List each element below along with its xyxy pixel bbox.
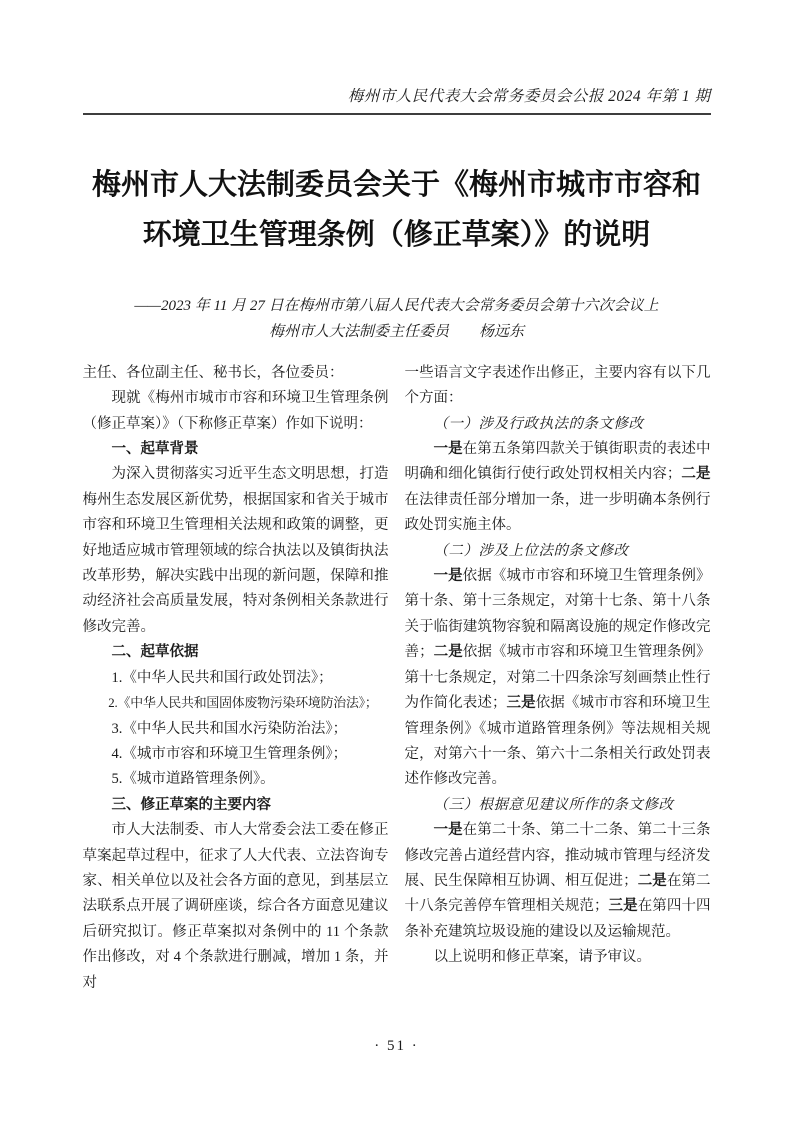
sub-heading: （一）涉及行政执法的条文修改 xyxy=(405,412,711,437)
paragraph: 为深入贯彻落实习近平生态文明思想，打造梅州生态发展区新优势，根据国家和省关于城市… xyxy=(83,462,389,640)
section-heading: 一、起草背景 xyxy=(83,437,389,462)
text-run: 主任、各位副主任、秘书长，各位委员： xyxy=(83,365,344,381)
bold-lead-in: 二是 xyxy=(434,644,463,660)
text-run: 2.《中华人民共和国固体废物污染环境防治法》； xyxy=(108,696,377,710)
paragraph: 一是依据《城市市容和环境卫生管理条例》第十条、第十三条规定，对第十七条、第十八条… xyxy=(405,564,711,793)
text-run: （三）根据意见建议所作的条文修改 xyxy=(434,797,674,813)
paragraph: 市人大法制委、市人大常委会法工委在修正草案起草过程中，征求了人大代表、立法咨询专… xyxy=(83,818,389,996)
text-run: 二、起草依据 xyxy=(112,644,199,660)
journal-header: 梅州市人民代表大会常务委员会公报 2024 年第 1 期 xyxy=(83,0,711,106)
bold-lead-in: 三是 xyxy=(506,695,535,711)
paragraph: 以上说明和修正草案，请予审议。 xyxy=(405,945,711,970)
bold-lead-in: 一是 xyxy=(434,568,463,584)
text-run: 一、起草背景 xyxy=(112,441,199,457)
list-item: 5.《城市道路管理条例》。 xyxy=(83,767,389,792)
body-columns: 主任、各位副主任、秘书长，各位委员：现就《梅州市城市市容和环境卫生管理条例（修正… xyxy=(83,361,711,996)
text-run: 4.《城市市容和环境卫生管理条例》； xyxy=(112,746,348,762)
paragraph: 一是在第二十条、第二十二条、第二十三条修改完善占道经营内容，推动城市管理与经济发… xyxy=(405,818,711,945)
sub-heading: （三）根据意见建议所作的条文修改 xyxy=(405,793,711,818)
paragraph: 一些语言文字表述作出修正，主要内容有以下几个方面： xyxy=(405,361,711,412)
sub-heading: （二）涉及上位法的条文修改 xyxy=(405,539,711,564)
bold-lead-in: 二是 xyxy=(681,466,710,482)
text-run: （一）涉及行政执法的条文修改 xyxy=(434,416,644,432)
text-run: 为深入贯彻落实习近平生态文明思想，打造梅州生态发展区新优势，根据国家和省关于城市… xyxy=(83,466,389,634)
text-run: 5.《城市道路管理条例》。 xyxy=(112,771,275,787)
page-number: · 51 · xyxy=(0,1038,793,1055)
text-run: 现就《梅州市城市市容和环境卫生管理条例（修正草案）》（下称修正草案）作如下说明： xyxy=(83,390,389,431)
text-run: 3.《中华人民共和国水污染防治法》； xyxy=(112,721,348,737)
list-item: 1.《中华人民共和国行政处罚法》； xyxy=(83,666,389,691)
text-run: 三、修正草案的主要内容 xyxy=(112,797,272,813)
list-item: 3.《中华人民共和国水污染防治法》； xyxy=(83,717,389,742)
text-run: 在法律责任部分增加一条，进一步明确本条例行政处罚实施主体。 xyxy=(405,492,711,533)
right-column: 一些语言文字表述作出修正，主要内容有以下几个方面：（一）涉及行政执法的条文修改一… xyxy=(405,361,711,971)
page-content: 梅州市人民代表大会常务委员会公报 2024 年第 1 期 梅州市人大法制委员会关… xyxy=(83,0,711,996)
list-item: 4.《城市市容和环境卫生管理条例》； xyxy=(83,742,389,767)
header-rule xyxy=(83,113,711,115)
paragraph: 现就《梅州市城市市容和环境卫生管理条例（修正草案）》（下称修正草案）作如下说明： xyxy=(83,386,389,437)
bold-lead-in: 一是 xyxy=(434,822,463,838)
document-title: 梅州市人大法制委员会关于《梅州市城市市容和环境卫生管理条例（修正草案）》的说明 xyxy=(83,160,711,260)
document-page: 梅州市人民代表大会常务委员会公报 2024 年第 1 期 梅州市人大法制委员会关… xyxy=(0,0,793,1122)
text-run: 1.《中华人民共和国行政处罚法》； xyxy=(112,670,333,686)
bold-lead-in: 一是 xyxy=(434,441,463,457)
section-heading: 二、起草依据 xyxy=(83,640,389,665)
subtitle-meeting-line: ——2023 年 11 月 27 日在梅州市第八届人民代表大会常务委员会第十六次… xyxy=(83,293,711,319)
paragraph: 一是在第五条第四款关于镇街职责的表述中明确和细化镇街行使行政处罚权相关内容；二是… xyxy=(405,437,711,539)
paragraph: 主任、各位副主任、秘书长，各位委员： xyxy=(83,361,389,386)
text-run: 以上说明和修正草案，请予审议。 xyxy=(434,949,652,965)
subtitle-presenter-line: 梅州市人大法制委主任委员 杨远东 xyxy=(83,319,711,345)
bold-lead-in: 二是 xyxy=(638,873,667,889)
text-run: 一些语言文字表述作出修正，主要内容有以下几个方面： xyxy=(405,365,711,406)
bold-lead-in: 三是 xyxy=(608,898,637,914)
text-run: （二）涉及上位法的条文修改 xyxy=(434,543,629,559)
left-column: 主任、各位副主任、秘书长，各位委员：现就《梅州市城市市容和环境卫生管理条例（修正… xyxy=(83,361,389,996)
text-run: 市人大法制委、市人大常委会法工委在修正草案起草过程中，征求了人大代表、立法咨询专… xyxy=(83,822,389,990)
list-item: 2.《中华人民共和国固体废物污染环境防治法》； xyxy=(83,691,389,716)
section-heading: 三、修正草案的主要内容 xyxy=(83,793,389,818)
subtitle-block: ——2023 年 11 月 27 日在梅州市第八届人民代表大会常务委员会第十六次… xyxy=(83,293,711,345)
